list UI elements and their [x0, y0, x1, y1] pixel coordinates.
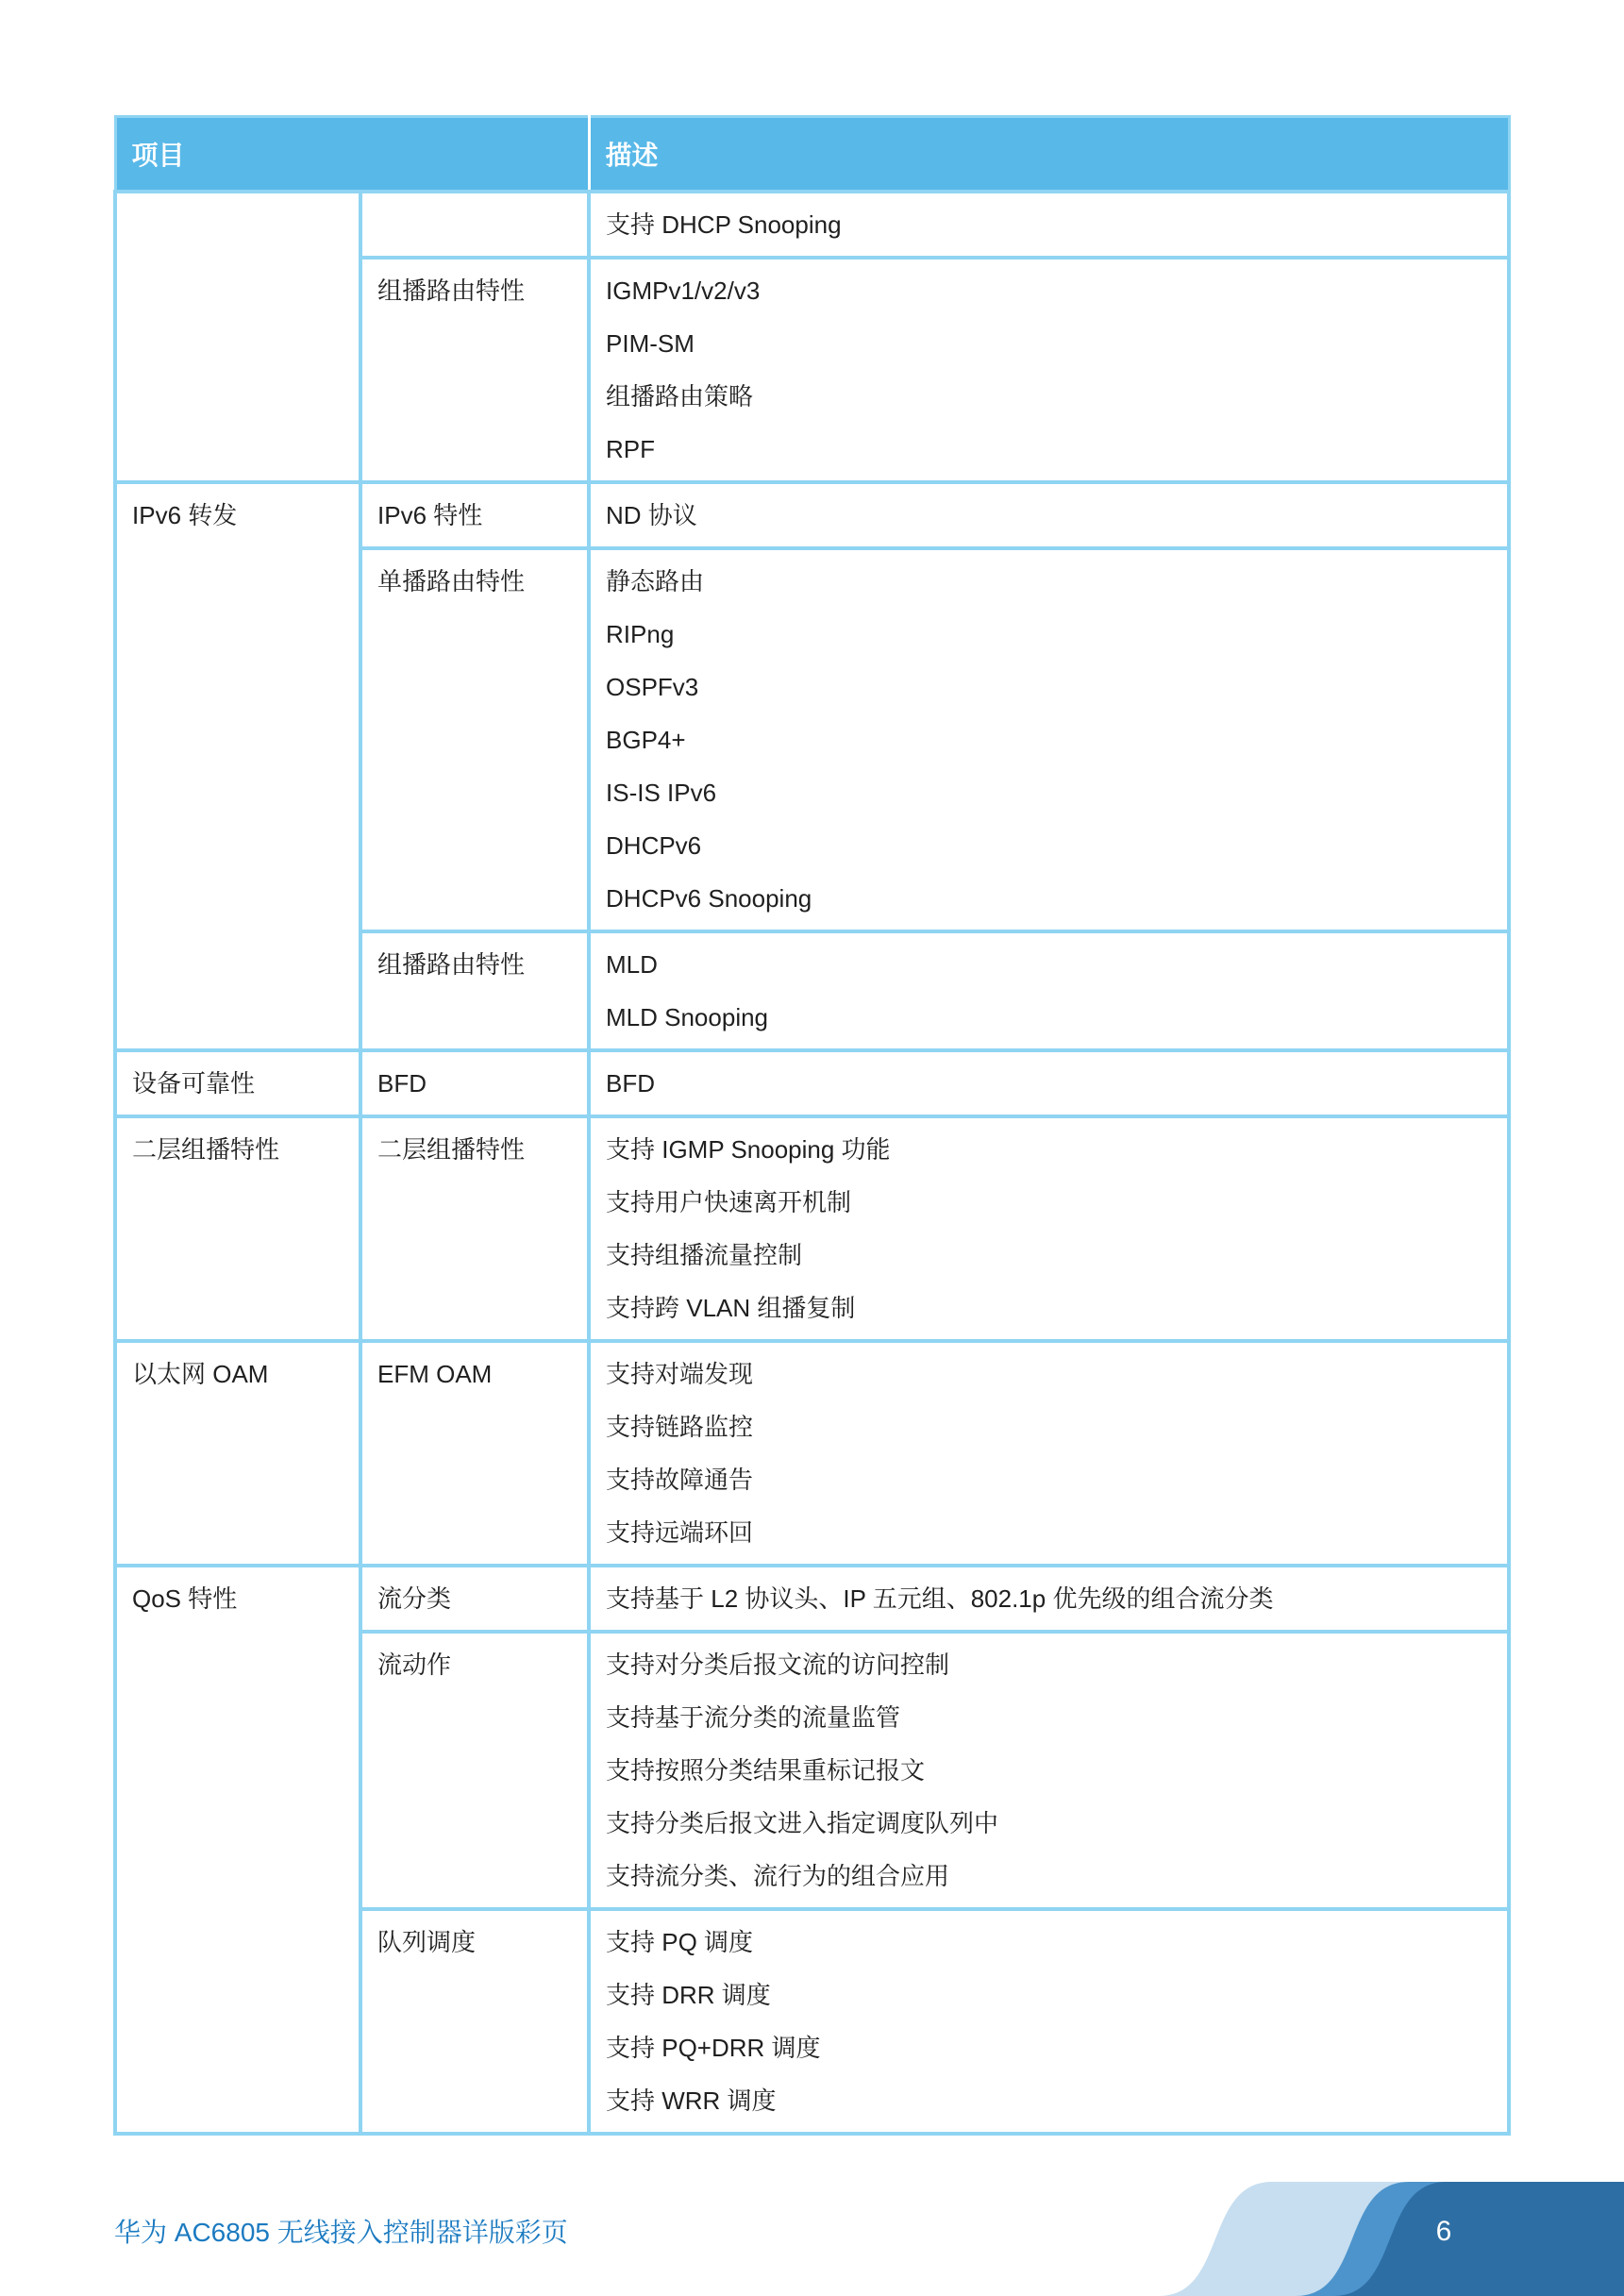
- cell-text-line: 队列调度: [377, 1916, 576, 1969]
- cell-text-line: IPv6 特性: [377, 489, 576, 542]
- footer-doc-title: 华为 AC6805 无线接入控制器详版彩页: [114, 2212, 568, 2250]
- cell-text-line: 流动作: [377, 1638, 576, 1691]
- cell-text-line: 支持跨 VLAN 组播复制: [606, 1282, 1496, 1334]
- spec-table: 项目 描述 支持 DHCP Snooping组播路由特性IGMPv1/v2/v3…: [113, 115, 1511, 2136]
- item-cell: QoS 特性: [115, 1566, 360, 2134]
- sub-item-cell: EFM OAM: [360, 1341, 589, 1566]
- cell-text-line: BFD: [606, 1057, 1496, 1110]
- cell-text-line: IGMPv1/v2/v3: [606, 264, 1496, 317]
- page-number: 6: [1415, 2216, 1472, 2248]
- cell-text-line: PIM-SM: [606, 317, 1496, 370]
- cell-text-line: OSPFv3: [606, 661, 1496, 713]
- spec-table-body: 支持 DHCP Snooping组播路由特性IGMPv1/v2/v3PIM-SM…: [115, 192, 1509, 2134]
- item-cell: IPv6 转发: [115, 482, 360, 1050]
- item-cell: 二层组播特性: [115, 1116, 360, 1341]
- cell-text-line: EFM OAM: [377, 1348, 576, 1400]
- cell-text-line: 支持 WRR 调度: [606, 2074, 1496, 2127]
- cell-text-line: IS-IS IPv6: [606, 766, 1496, 819]
- sub-item-cell: 单播路由特性: [360, 548, 589, 931]
- cell-text-line: 支持按照分类结果重标记报文: [606, 1744, 1496, 1797]
- cell-text-line: 组播路由特性: [377, 264, 576, 317]
- cell-text-line: 支持组播流量控制: [606, 1229, 1496, 1282]
- table-row: 支持 DHCP Snooping: [115, 192, 1509, 258]
- sub-item-cell: 流动作: [360, 1632, 589, 1909]
- cell-text-line: RIPng: [606, 608, 1496, 661]
- cell-text-line: 组播路由策略: [606, 370, 1496, 423]
- sub-item-cell: 组播路由特性: [360, 931, 589, 1050]
- cell-text-line: 设备可靠性: [132, 1057, 347, 1110]
- cell-text-line: 静态路由: [606, 555, 1496, 608]
- cell-text-line: 支持用户快速离开机制: [606, 1176, 1496, 1229]
- header-row: 项目 描述: [115, 117, 1509, 193]
- description-cell: 支持 IGMP Snooping 功能支持用户快速离开机制支持组播流量控制支持跨…: [589, 1116, 1509, 1341]
- cell-text-line: [132, 198, 347, 251]
- cell-text-line: 支持链路监控: [606, 1400, 1496, 1453]
- cell-text-line: [377, 198, 576, 251]
- cell-text-line: MLD Snooping: [606, 991, 1496, 1044]
- description-cell: 支持 DHCP Snooping: [589, 192, 1509, 258]
- cell-text-line: 支持基于 L2 协议头、IP 五元组、802.1p 优先级的组合流分类: [606, 1572, 1496, 1625]
- cell-text-line: BGP4+: [606, 713, 1496, 766]
- cell-text-line: 支持 DRR 调度: [606, 1969, 1496, 2021]
- cell-text-line: 组播路由特性: [377, 938, 576, 991]
- sub-item-cell: [360, 192, 589, 258]
- description-cell: 支持对端发现支持链路监控支持故障通告支持远端环回: [589, 1341, 1509, 1566]
- sub-item-cell: IPv6 特性: [360, 482, 589, 548]
- sub-item-cell: 二层组播特性: [360, 1116, 589, 1341]
- description-cell: MLDMLD Snooping: [589, 931, 1509, 1050]
- cell-text-line: 支持基于流分类的流量监管: [606, 1691, 1496, 1744]
- cell-text-line: 支持 DHCP Snooping: [606, 198, 1496, 251]
- table-row: QoS 特性流分类支持基于 L2 协议头、IP 五元组、802.1p 优先级的组…: [115, 1566, 1509, 1632]
- item-cell: 以太网 OAM: [115, 1341, 360, 1566]
- cell-text-line: 流分类: [377, 1572, 576, 1625]
- cell-text-line: 二层组播特性: [377, 1123, 576, 1176]
- description-cell: 支持基于 L2 协议头、IP 五元组、802.1p 优先级的组合流分类: [589, 1566, 1509, 1632]
- description-cell: 支持对分类后报文流的访问控制支持基于流分类的流量监管支持按照分类结果重标记报文支…: [589, 1632, 1509, 1909]
- cell-text-line: 二层组播特性: [132, 1123, 347, 1176]
- cell-text-line: RPF: [606, 423, 1496, 476]
- table-row: 以太网 OAMEFM OAM支持对端发现支持链路监控支持故障通告支持远端环回: [115, 1341, 1509, 1566]
- table-row: 设备可靠性BFDBFD: [115, 1050, 1509, 1116]
- description-cell: ND 协议: [589, 482, 1509, 548]
- cell-text-line: 支持 IGMP Snooping 功能: [606, 1123, 1496, 1176]
- spec-table-header: 项目 描述: [115, 117, 1509, 193]
- cell-text-line: IPv6 转发: [132, 489, 347, 542]
- description-cell: IGMPv1/v2/v3PIM-SM组播路由策略RPF: [589, 258, 1509, 482]
- item-cell: [115, 192, 360, 482]
- cell-text-line: BFD: [377, 1057, 576, 1110]
- cell-text-line: 以太网 OAM: [132, 1348, 347, 1400]
- cell-text-line: 单播路由特性: [377, 555, 576, 608]
- description-cell: 支持 PQ 调度支持 DRR 调度支持 PQ+DRR 调度支持 WRR 调度: [589, 1909, 1509, 2134]
- sub-item-cell: 流分类: [360, 1566, 589, 1632]
- cell-text-line: DHCPv6 Snooping: [606, 872, 1496, 925]
- cell-text-line: 支持流分类、流行为的组合应用: [606, 1850, 1496, 1902]
- sub-item-cell: BFD: [360, 1050, 589, 1116]
- description-cell: 静态路由RIPngOSPFv3BGP4+IS-IS IPv6DHCPv6DHCP…: [589, 548, 1509, 931]
- description-cell: BFD: [589, 1050, 1509, 1116]
- cell-text-line: 支持远端环回: [606, 1506, 1496, 1559]
- sub-item-cell: 组播路由特性: [360, 258, 589, 482]
- table-row: 二层组播特性二层组播特性支持 IGMP Snooping 功能支持用户快速离开机…: [115, 1116, 1509, 1341]
- cell-text-line: DHCPv6: [606, 819, 1496, 872]
- cell-text-line: 支持 PQ 调度: [606, 1916, 1496, 1969]
- column-header-item: 项目: [115, 117, 589, 193]
- cell-text-line: 支持 PQ+DRR 调度: [606, 2021, 1496, 2074]
- cell-text-line: 支持对端发现: [606, 1348, 1496, 1400]
- column-header-desc: 描述: [589, 117, 1509, 193]
- item-cell: 设备可靠性: [115, 1050, 360, 1116]
- cell-text-line: 支持故障通告: [606, 1453, 1496, 1506]
- cell-text-line: ND 协议: [606, 489, 1496, 542]
- table-row: IPv6 转发IPv6 特性ND 协议: [115, 482, 1509, 548]
- cell-text-line: 支持对分类后报文流的访问控制: [606, 1638, 1496, 1691]
- cell-text-line: MLD: [606, 938, 1496, 991]
- cell-text-line: 支持分类后报文进入指定调度队列中: [606, 1797, 1496, 1850]
- sub-item-cell: 队列调度: [360, 1909, 589, 2134]
- cell-text-line: QoS 特性: [132, 1572, 347, 1625]
